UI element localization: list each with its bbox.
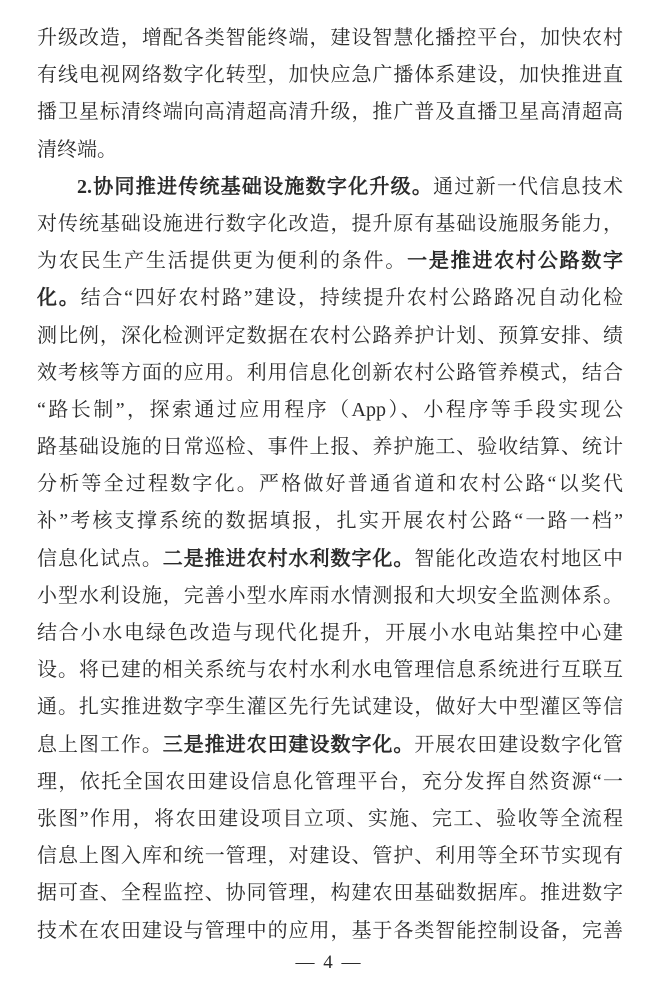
text-segment: 有线电视网络数字化转型，加快应急广播体系建设，加快推进直 bbox=[37, 64, 623, 86]
text-segment: 息上图工作。 bbox=[37, 734, 163, 756]
bold-text-segment: 化。 bbox=[37, 287, 81, 309]
text-line: 为农民生产生活提供更为便利的条件。一是推进农村公路数字 bbox=[37, 243, 623, 280]
text-segment: 播卫星标清终端向高清超高清升级，推广普及直播卫星高清超高 bbox=[37, 101, 623, 123]
text-line: 张图”作用，将农田建设项目立项、实施、完工、验收等全流程 bbox=[37, 801, 623, 838]
text-segment: 据可查、全程监控、协同管理，构建农田基础数据库。推进数字 bbox=[37, 882, 623, 904]
text-line: 信息化试点。二是推进农村水利数字化。智能化改造农村地区中 bbox=[37, 541, 623, 578]
text-line: 清终端。 bbox=[37, 132, 623, 169]
text-line: 小型水利设施，完善小型水库雨水情测报和大坝安全监测体系。 bbox=[37, 578, 623, 615]
text-segment: 清终端。 bbox=[37, 139, 117, 161]
text-segment: 测比例，深化检测评定数据在农村公路养护计划、预算安排、绩 bbox=[37, 325, 623, 347]
text-segment: 为农民生产生活提供更为便利的条件。 bbox=[37, 250, 407, 272]
text-segment: 张图”作用，将农田建设项目立项、实施、完工、验收等全流程 bbox=[37, 808, 623, 830]
text-line: 化。结合“四好农村路”建设，持续提升农村公路路况自动化检 bbox=[37, 280, 623, 317]
bold-text-segment: 2.协同推进传统基础设施数字化升级。 bbox=[77, 176, 433, 198]
text-line: 结合小水电绿色改造与现代化提升，开展小水电站集控中心建 bbox=[37, 615, 623, 652]
text-line: 息上图工作。三是推进农田建设数字化。开展农田建设数字化管 bbox=[37, 727, 623, 764]
text-line: 路基础设施的日常巡检、事件上报、养护施工、验收结算、统计 bbox=[37, 429, 623, 466]
text-line: 补”考核支撑系统的数据填报，扎实开展农村公路“一路一档” bbox=[37, 503, 623, 540]
text-line: 效考核等方面的应用。利用信息化创新农村公路管养模式，结合 bbox=[37, 355, 623, 392]
document-page: 升级改造，增配各类智能终端，建设智慧化播控平台，加快农村有线电视网络数字化转型，… bbox=[0, 0, 658, 998]
text-line: 通。扎实推进数字孪生灌区先行先试建设，做好大中型灌区等信 bbox=[37, 689, 623, 726]
text-segment: 补”考核支撑系统的数据填报，扎实开展农村公路“一路一档” bbox=[37, 510, 623, 532]
text-line: 播卫星标清终端向高清超高清升级，推广普及直播卫星高清超高 bbox=[37, 94, 623, 131]
text-segment: 升级改造，增配各类智能终端，建设智慧化播控平台，加快农村 bbox=[37, 27, 623, 49]
text-segment: 结合小水电绿色改造与现代化提升，开展小水电站集控中心建 bbox=[37, 622, 623, 644]
text-segment: 通过新一代信息技术 bbox=[433, 176, 623, 198]
text-line: 分析等全过程数字化。严格做好普通省道和农村公路“以奖代 bbox=[37, 466, 623, 503]
text-segment: 开展农田建设数字化管 bbox=[414, 734, 623, 756]
text-line: 2.协同推进传统基础设施数字化升级。通过新一代信息技术 bbox=[37, 169, 623, 206]
bold-text-segment: 二是推进农村水利数字化。 bbox=[163, 548, 415, 570]
text-line: 信息上图入库和统一管理，对建设、管护、利用等全环节实现有 bbox=[37, 838, 623, 875]
text-segment: 小型水利设施，完善小型水库雨水情测报和大坝安全监测体系。 bbox=[37, 585, 623, 607]
text-segment: 结合“四好农村路”建设，持续提升农村公路路况自动化检 bbox=[81, 287, 623, 309]
text-segment: 信息上图入库和统一管理，对建设、管护、利用等全环节实现有 bbox=[37, 845, 623, 867]
text-segment: 技术在农田建设与管理中的应用，基于各类智能控制设备，完善 bbox=[37, 920, 623, 942]
text-segment: 效考核等方面的应用。利用信息化创新农村公路管养模式，结合 bbox=[37, 362, 623, 384]
text-segment: 分析等全过程数字化。严格做好普通省道和农村公路“以奖代 bbox=[37, 473, 623, 495]
text-line: 设。将已建的相关系统与农村水利水电管理信息系统进行互联互 bbox=[37, 652, 623, 689]
text-segment: 理，依托全国农田建设信息化管理平台，充分发挥自然资源“一 bbox=[37, 771, 623, 793]
page-footer: — 4 — bbox=[0, 952, 658, 974]
text-segment: 智能化改造农村地区中 bbox=[414, 548, 623, 570]
text-segment: 设。将已建的相关系统与农村水利水电管理信息系统进行互联互 bbox=[37, 659, 623, 681]
text-segment: “路长制”，探索通过应用程序（App）、小程序等手段实现公 bbox=[37, 399, 623, 421]
bold-text-segment: 一是推进农村公路数字 bbox=[407, 250, 623, 272]
text-segment: 通。扎实推进数字孪生灌区先行先试建设，做好大中型灌区等信 bbox=[37, 696, 623, 718]
text-line: 对传统基础设施进行数字化改造，提升原有基础设施服务能力， bbox=[37, 206, 623, 243]
text-line: 有线电视网络数字化转型，加快应急广播体系建设，加快推进直 bbox=[37, 57, 623, 94]
text-line: 测比例，深化检测评定数据在农村公路养护计划、预算安排、绩 bbox=[37, 318, 623, 355]
text-line: 理，依托全国农田建设信息化管理平台，充分发挥自然资源“一 bbox=[37, 764, 623, 801]
text-line: “路长制”，探索通过应用程序（App）、小程序等手段实现公 bbox=[37, 392, 623, 429]
text-block: 升级改造，增配各类智能终端，建设智慧化播控平台，加快农村有线电视网络数字化转型，… bbox=[37, 20, 623, 950]
bold-text-segment: 三是推进农田建设数字化。 bbox=[163, 734, 415, 756]
text-segment: 路基础设施的日常巡检、事件上报、养护施工、验收结算、统计 bbox=[37, 436, 623, 458]
page-number: — 4 — bbox=[296, 952, 363, 973]
text-line: 据可查、全程监控、协同管理，构建农田基础数据库。推进数字 bbox=[37, 875, 623, 912]
text-segment: 对传统基础设施进行数字化改造，提升原有基础设施服务能力， bbox=[37, 213, 623, 235]
text-line: 升级改造，增配各类智能终端，建设智慧化播控平台，加快农村 bbox=[37, 20, 623, 57]
text-segment: 信息化试点。 bbox=[37, 548, 163, 570]
text-line: 技术在农田建设与管理中的应用，基于各类智能控制设备，完善 bbox=[37, 913, 623, 950]
